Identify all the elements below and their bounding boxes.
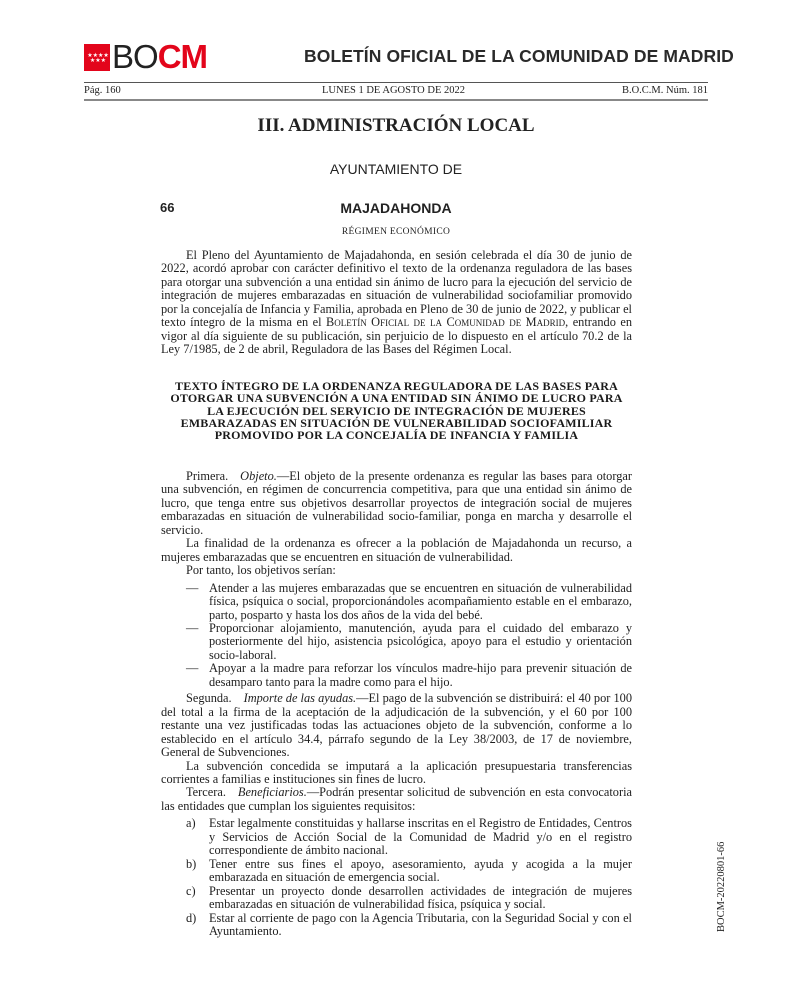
article-primera-p3: Por tanto, los objetivos serían: (161, 564, 632, 577)
objectives-list: —Atender a las mujeres embarazadas que s… (161, 582, 632, 690)
stars-icon: ★★★★ ★★★ (87, 53, 109, 63)
list-item: —Proporcionar alojamiento, manutención, … (161, 622, 632, 662)
article-title: Beneficiarios. (238, 785, 307, 799)
list-item-text: Estar al corriente de pago con la Agenci… (209, 911, 632, 938)
list-item: a)Estar legalmente constituidas y hallar… (161, 817, 632, 857)
list-marker: c) (186, 885, 196, 898)
article-segunda-p2: La subvención concedida se imputará a la… (161, 760, 632, 787)
list-marker: d) (186, 912, 196, 925)
header-rule-top (84, 82, 708, 83)
header-rule-bottom (84, 99, 708, 101)
intro-block: El Pleno del Ayuntamiento de Majadahonda… (161, 249, 632, 357)
logo-text-bo: BO (112, 38, 158, 75)
list-item-text: Proporcionar alojamiento, manutención, a… (209, 621, 632, 662)
list-item: —Atender a las mujeres embarazadas que s… (161, 582, 632, 622)
issue-number: B.O.C.M. Núm. 181 (622, 85, 708, 96)
document-code: BOCM-20220801-66 (716, 842, 727, 932)
list-item: b)Tener entre sus fines el apoyo, asesor… (161, 858, 632, 885)
dash-bullet: — (186, 662, 198, 675)
list-item: d)Estar al corriente de pago con la Agen… (161, 912, 632, 939)
list-item: c)Presentar un proyecto donde desarrolle… (161, 885, 632, 912)
section-title: III. ADMINISTRACIÓN LOCAL (0, 115, 792, 137)
article-text: —El objeto de la presente ordenanza es r… (161, 469, 632, 537)
articles-block: Primera.Objeto.—El objeto de la presente… (161, 470, 632, 938)
article-label: Segunda. (186, 691, 232, 705)
intro-paragraph: El Pleno del Ayuntamiento de Majadahonda… (161, 249, 632, 357)
article-label: Primera. (186, 469, 228, 483)
requirements-list: a)Estar legalmente constituidas y hallar… (161, 817, 632, 938)
list-item-text: Atender a las mujeres embarazadas que se… (209, 581, 632, 622)
bocm-logo: ★★★★ ★★★ BOCM (84, 42, 207, 72)
list-marker: a) (186, 817, 196, 830)
entity-line: AYUNTAMIENTO DE (0, 161, 792, 177)
article-title: Importe de las ayudas. (244, 691, 357, 705)
article-primera: Primera.Objeto.—El objeto de la presente… (161, 470, 632, 537)
list-marker: b) (186, 858, 196, 871)
ordinance-heading: TEXTO ÍNTEGRO DE LA ORDENANZA REGULADORA… (161, 380, 632, 441)
article-primera-p2: La finalidad de la ordenanza es ofrecer … (161, 537, 632, 564)
intro-bulletin-name: Boletín Oficial de la Comunidad de Madri… (326, 315, 565, 329)
madrid-flag-icon: ★★★★ ★★★ (84, 44, 110, 71)
list-item-text: Tener entre sus fines el apoyo, asesoram… (209, 857, 632, 884)
list-item-text: Presentar un proyecto donde desarrollen … (209, 884, 632, 911)
article-title: Objeto. (240, 469, 277, 483)
page-number: Pág. 160 (84, 85, 121, 96)
logo-text: BOCM (112, 42, 207, 72)
dash-bullet: — (186, 622, 198, 635)
logo-text-cm: CM (158, 38, 207, 75)
article-label: Tercera. (186, 785, 226, 799)
municipality-title: MAJADAHONDA (0, 200, 792, 216)
issue-date: LUNES 1 DE AGOSTO DE 2022 (322, 85, 465, 96)
dash-bullet: — (186, 582, 198, 595)
subsection-title: RÉGIMEN ECONÓMICO (0, 227, 792, 237)
list-item: —Apoyar a la madre para reforzar los vín… (161, 662, 632, 689)
list-item-text: Apoyar a la madre para reforzar los vínc… (209, 661, 632, 688)
article-segunda: Segunda.Importe de las ayudas.—El pago d… (161, 692, 632, 759)
bulletin-title: BOLETÍN OFICIAL DE LA COMUNIDAD DE MADRI… (304, 46, 734, 67)
list-item-text: Estar legalmente constituidas y hallarse… (209, 816, 632, 857)
article-tercera: Tercera.Beneficiarios.—Podrán presentar … (161, 786, 632, 813)
article-text: —Podrán presentar solicitud de subvenció… (161, 785, 632, 812)
